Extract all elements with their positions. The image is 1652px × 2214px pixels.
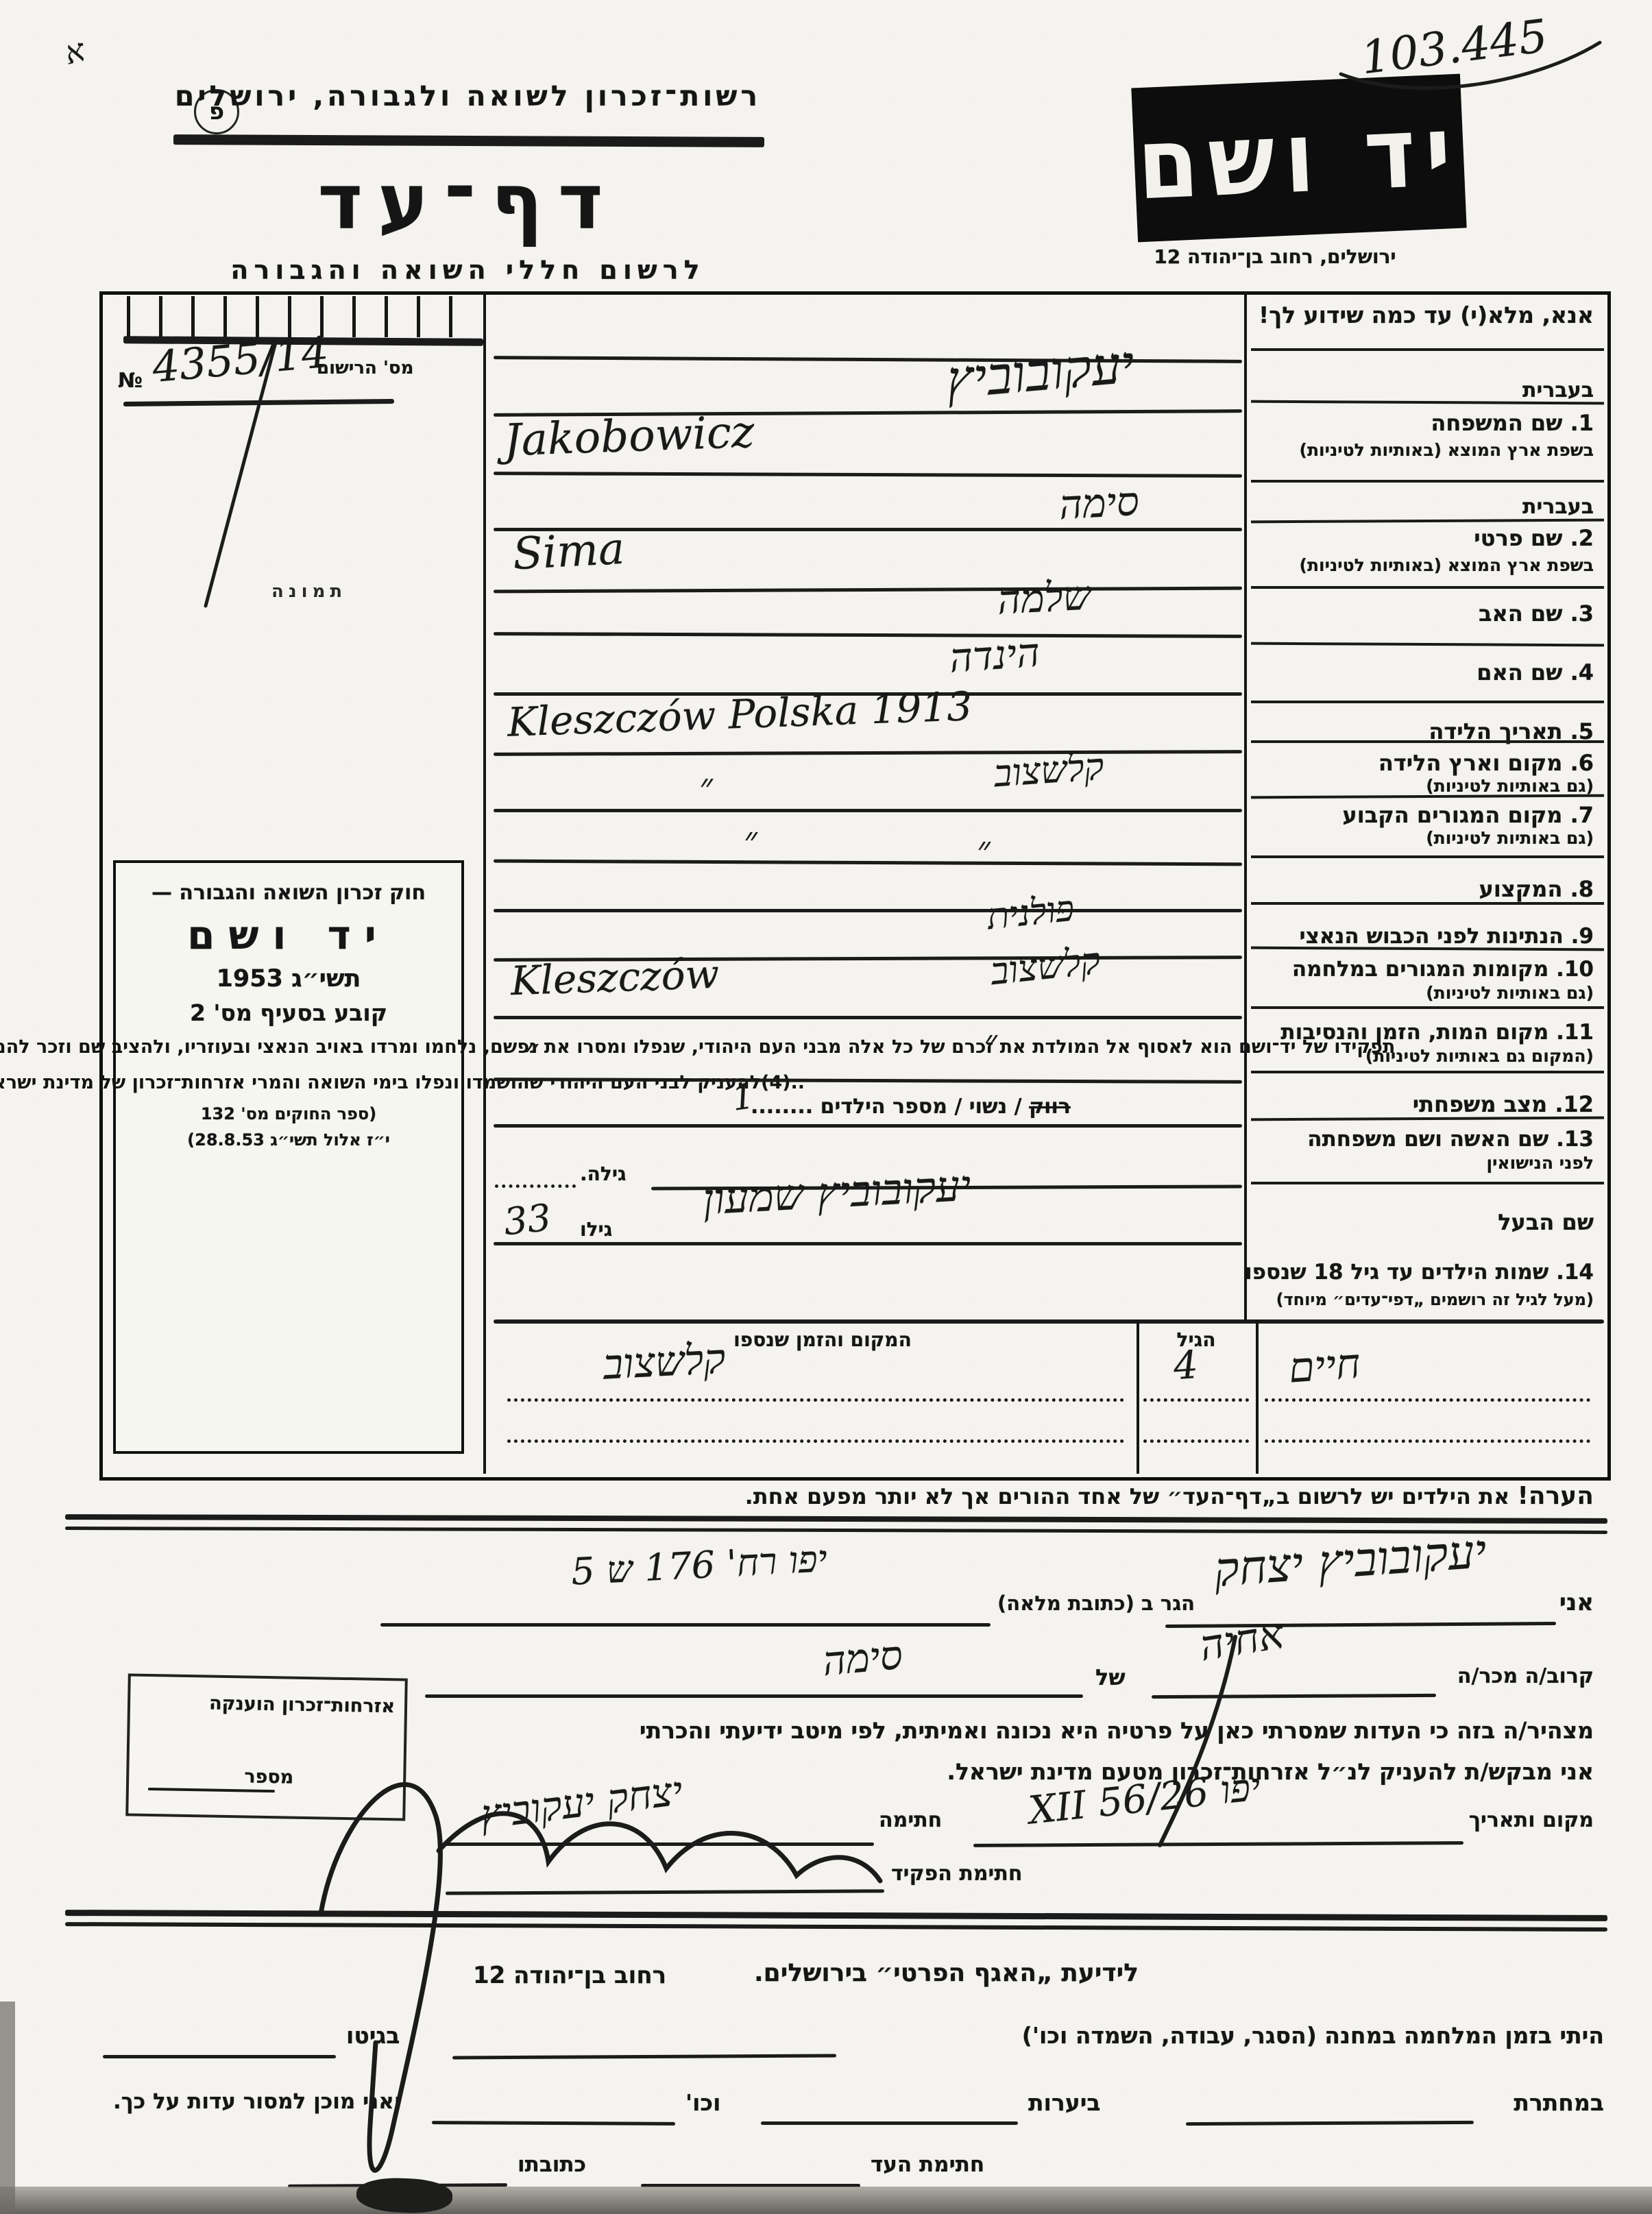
stamp-box-number-line — [148, 1788, 275, 1792]
relation-label: קרוב/ה מכר/ה — [1457, 1664, 1594, 1688]
children-row-line — [1265, 1398, 1590, 1402]
etc-answer-line — [432, 2121, 675, 2126]
ghetto-answer-line — [103, 2055, 336, 2058]
branch-address: רחוב בן־יהודה 12 — [473, 1962, 666, 1989]
yad-vashem-stamp: יד ושם — [1131, 74, 1466, 243]
entry-mother-name: הינדה — [948, 629, 1041, 681]
marital-status-options: רווק / נשוי / מספר הילדים ........ — [751, 1095, 1071, 1119]
wife-age-label: גילה. — [580, 1163, 627, 1185]
field-label-1: 1. שם המשפחה — [1431, 410, 1594, 436]
law-intro: חוק זכרון השואה והגבורה — — [151, 881, 426, 905]
section-double-rule-top — [65, 1514, 1607, 1524]
page-subtitle: לרשום חללי השואה והגבורה — [171, 255, 764, 285]
etc-label: וכו' — [685, 2089, 720, 2116]
rule — [1251, 855, 1604, 858]
rule — [1251, 1182, 1604, 1184]
entry-line-profession — [494, 909, 1242, 912]
field-label-hebrew-2: בעברית — [1522, 495, 1594, 519]
children-row-line — [1143, 1398, 1249, 1402]
relation-entry: אחיה — [1196, 1610, 1287, 1670]
underground-answer-line — [1186, 2121, 1474, 2126]
rule — [1251, 348, 1604, 351]
subject-line — [425, 1694, 1083, 1698]
law-logo: יד ושם — [187, 912, 390, 958]
law-year: תשי״ג 1953 — [217, 965, 361, 993]
relation-line — [1152, 1694, 1436, 1699]
law-sidebar: חוק זכרון השואה והגבורה — יד ושם תשי״ג 1… — [113, 860, 464, 1454]
camp-question-label: היתי בזמן המלחמה במחנה (הסגר, עבודה, השמ… — [1022, 2022, 1604, 2049]
children-note: הערה! את הילדים יש לרשום ב„דף־העד״ של אח… — [745, 1482, 1594, 1510]
bottom-double-rule-bottom — [65, 1922, 1607, 1932]
field-sub-10: (גם באותיות לטיניות) — [1426, 983, 1594, 1003]
stamp-logo-text: יד ושם — [1135, 94, 1463, 222]
testify-label: ואני מוכן למסור עדות על כך. — [113, 2089, 402, 2114]
rule — [1251, 586, 1604, 589]
labels-column-divider — [1244, 291, 1247, 1319]
children-row-line — [507, 1398, 1124, 1402]
field-label-14: 14. שמות הילדים עד גיל 18 שנספו — [1245, 1260, 1594, 1285]
children-table-divider-right — [1256, 1319, 1259, 1474]
rule — [1251, 740, 1604, 743]
field-label-2: 2. שם פרטי — [1474, 525, 1594, 551]
law-source-2: י״ז אלול תשי״ג 28.8.53) — [187, 1130, 390, 1149]
field-sub-14: (מעל לגיל זה רושמים „דפי־עדים״ מיוחד) — [1276, 1290, 1594, 1309]
signature-label: חתימה — [879, 1808, 942, 1832]
camp-answer-line — [452, 2054, 836, 2060]
declaration-i-label: אני — [1559, 1589, 1594, 1616]
entry-residence-ditto-1: ״ — [744, 820, 757, 861]
children-row-line — [1143, 1439, 1249, 1443]
field-label-11: 11. מקום המות, הזמן והנסיבות — [1280, 1020, 1594, 1045]
field-label-4: 4. שם האם — [1477, 659, 1594, 685]
law-paragraph: תפקידו של יד־ושם הוא לאסוף אל המולדת את … — [0, 1033, 1395, 1062]
entry-first-name-latin: Sima — [511, 524, 626, 580]
rule — [1251, 1006, 1604, 1009]
law-section: קובע בסעיף מס' 2 — [190, 999, 387, 1026]
subject-entry: סימה — [821, 1631, 904, 1685]
field-label-6: 6. מקום וארץ הלידה — [1378, 750, 1594, 776]
field-label-hebrew-1: בעברית — [1522, 378, 1594, 402]
field-label-12: 12. מצב משפחתי — [1413, 1091, 1594, 1117]
entry-first-name-hebrew: סימה — [1058, 478, 1140, 528]
declaration-statement: מצהיר/ה בזה כי העדות שמסרתי כאן על פרטיה… — [640, 1717, 1594, 1744]
marital-option-single-struck: רווק — [1029, 1095, 1071, 1119]
of-label: של — [1095, 1664, 1126, 1690]
place-date-line — [973, 1841, 1463, 1847]
wife-age-dotted-line — [495, 1184, 576, 1188]
rule — [1251, 480, 1604, 483]
place-date-label: מקום ותאריך — [1469, 1808, 1594, 1832]
field-sub-13: לפני הנישואין — [1486, 1153, 1594, 1173]
branch-title: לידיעת „האגף הפרטי״ בירושלים. — [754, 1959, 1139, 1987]
archival-number: 103.445 — [1358, 10, 1550, 85]
ghetto-label: בגיטו — [346, 2022, 400, 2049]
rule — [1251, 902, 1604, 905]
official-signature-label: חתימת הפקיד — [891, 1862, 1022, 1886]
children-row-line — [507, 1439, 1124, 1443]
children-table-top-rule — [494, 1319, 1604, 1324]
scan-bottom-band — [0, 2187, 1652, 2214]
photo-placeholder-label: תמונה — [271, 581, 347, 602]
official-signature-line — [446, 1889, 884, 1895]
field-sub-6: (גם באותיות לטיניות) — [1426, 776, 1594, 796]
law-clause: ..(4)להעניק לבני העם היהודי שהושמדו ונפל… — [0, 1069, 805, 1097]
field-label-9: 9. הנתינות לפני הכבוש הנאצי — [1299, 924, 1594, 949]
entry-line-birthplace — [494, 809, 1242, 812]
resides-label: הגר ב (כתובת מלאה) — [997, 1592, 1195, 1615]
entry-line-marital — [494, 1124, 1242, 1128]
entry-death-ditto-1: ״ — [524, 1032, 538, 1073]
child-place-entry: קלשצוב — [602, 1335, 727, 1389]
underground-label: במחתרת — [1514, 2089, 1604, 2116]
corner-handwritten-mark: א — [61, 31, 88, 71]
stamp-box-number-label: מספר — [244, 1766, 293, 1788]
entry-family-name-latin: Jakobowicz — [503, 407, 755, 467]
scanned-testimony-page: א פ רשות־זכרון לשואה ולגבורה, ירושלים דף… — [0, 0, 1652, 2214]
entry-father-name: שלמה — [996, 572, 1092, 623]
entry-birthplace-ditto: ״ — [699, 766, 713, 807]
field-sub-1: בשפת ארץ המוצא (באותיות לטיניות) — [1300, 440, 1594, 460]
address-line — [380, 1623, 991, 1627]
scan-edge-mark — [0, 2002, 15, 2214]
header-rule — [173, 134, 764, 147]
signature-entry: יצחק יעקוביץ — [478, 1767, 685, 1838]
citizenship-stamp-box: אזרחות־זכרון הוענקה מספר — [125, 1673, 408, 1821]
husband-age-label: גילו — [580, 1218, 612, 1241]
entry-residence-ditto-2: ״ — [977, 829, 991, 871]
page-title: דף־עד — [171, 158, 764, 247]
entry-line-husband — [494, 1242, 1242, 1245]
field-label-3: 3. שם האב — [1479, 600, 1594, 627]
citizenship-request: אני מבקש/ת להעניק לנ״ל אזרחות־זכרון מטעם… — [947, 1758, 1594, 1785]
authority-name: רשות־זכרון לשואה ולגבורה, ירושלים — [171, 80, 764, 112]
entry-war-residence-latin: Kleszczów — [510, 951, 720, 1005]
forests-label: ביערות — [1028, 2089, 1101, 2116]
rule — [1251, 701, 1604, 703]
rule — [1251, 1071, 1604, 1073]
fill-instruction: אנא, מלא(י) עד כמה שידוע לך! — [1259, 302, 1594, 328]
stamp-box-title: אזרחות־זכרון הוענקה — [209, 1693, 395, 1718]
entry-death-ditto-2: ״ — [984, 1023, 997, 1064]
bottom-double-rule-top — [65, 1910, 1607, 1921]
field-sub-7: (גם באותיות לטיניות) — [1426, 828, 1594, 848]
left-column-divider — [483, 291, 486, 1474]
field-label-7: 7. מקום המגורים הקבוע — [1342, 802, 1594, 828]
child-name-entry: חיים — [1287, 1339, 1362, 1392]
witness-signature-label: חתימת העד — [871, 2152, 984, 2177]
field-label-8: 8. המקצוע — [1479, 876, 1594, 902]
entry-birthplace-hebrew: קלשצוב — [993, 744, 1106, 795]
entry-line-war-residence — [494, 1016, 1242, 1019]
witness-address-label: כתובתו — [518, 2152, 586, 2177]
field-label-husband: שם הבעל — [1498, 1209, 1594, 1235]
registration-number-label: מס' הרישום — [317, 358, 413, 378]
law-source-1: (ספר החוקים מס' 132 — [201, 1104, 376, 1123]
stamp-address: ירושלים, רחוב בן־יהודה 12 — [1083, 245, 1467, 268]
forests-answer-line — [761, 2121, 1018, 2125]
entry-husband-age: 33 — [502, 1196, 553, 1244]
children-row-line — [1265, 1439, 1590, 1443]
field-sub-2: בשפת ארץ המוצא (באותיות לטיניות) — [1300, 555, 1594, 575]
numero-symbol: № — [118, 369, 143, 393]
signature-line — [442, 1842, 874, 1846]
field-label-13: 13. שם האשה ושם משפחתה — [1307, 1127, 1594, 1152]
child-age-entry: 4 — [1172, 1343, 1200, 1389]
field-label-10: 10. מקומות המגורים במלחמה — [1292, 957, 1594, 982]
field-sub-11: (המקום גם באותיות לטיניות) — [1365, 1046, 1594, 1066]
address-entry: יפו רח' 176 ש 5 — [424, 1529, 974, 1601]
